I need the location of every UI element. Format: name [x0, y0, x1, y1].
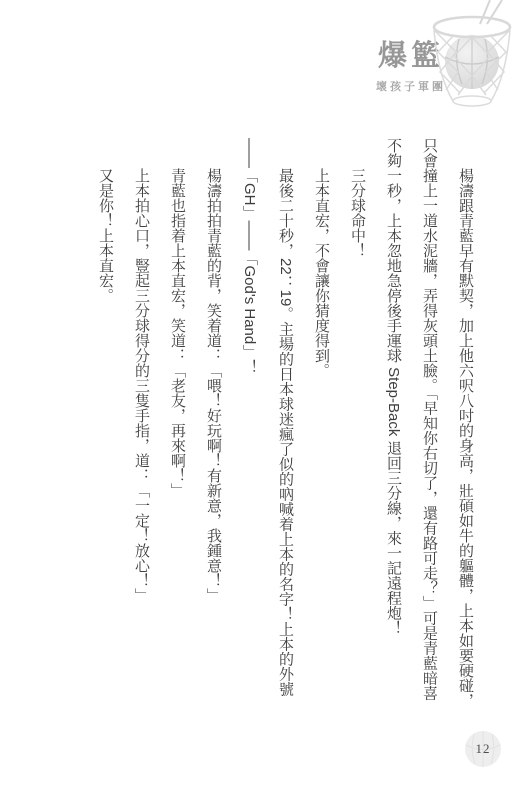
paragraph: 又是你！上本直宏。 [87, 138, 123, 713]
book-page: 爆籃 壞孩子軍團 [0, 0, 528, 792]
vertical-text-block: 楊濤跟青藍早有默契，加上他六呎八吋的身高，壯碩如牛的軀體，上本如要硬碰，只會撞上… [81, 138, 483, 713]
page-number-badge: 12 [464, 730, 502, 768]
paragraph: 楊濤跟青藍早有默契，加上他六呎八吋的身高，壯碩如牛的軀體，上本如要硬碰，只會撞上… [375, 138, 483, 713]
paragraph: 最後二十秒，22：19。主場的日本球迷瘋了似的吶喊着上本的名字！上本的外號——「… [231, 138, 303, 713]
paragraph: 楊濤拍拍青藍的背，笑着道：「喂！好玩啊！有新意，我鍾意！」 [195, 138, 231, 713]
brand-header: 爆籃 壞孩子軍團 [348, 0, 528, 130]
paragraph: 上本拍心口，豎起三分球得分的三隻手指，道：「一定！放心！」 [123, 138, 159, 713]
paragraph: 青藍也指着上本直宏，笑道：「老友，再來啊！」 [159, 138, 195, 713]
paragraph: 三分球命中！ [339, 138, 375, 713]
page-number: 12 [464, 730, 502, 768]
basketball-hoop-icon [426, 0, 522, 122]
paragraph: 上本直宏，不會讓你猜度得到。 [303, 138, 339, 713]
